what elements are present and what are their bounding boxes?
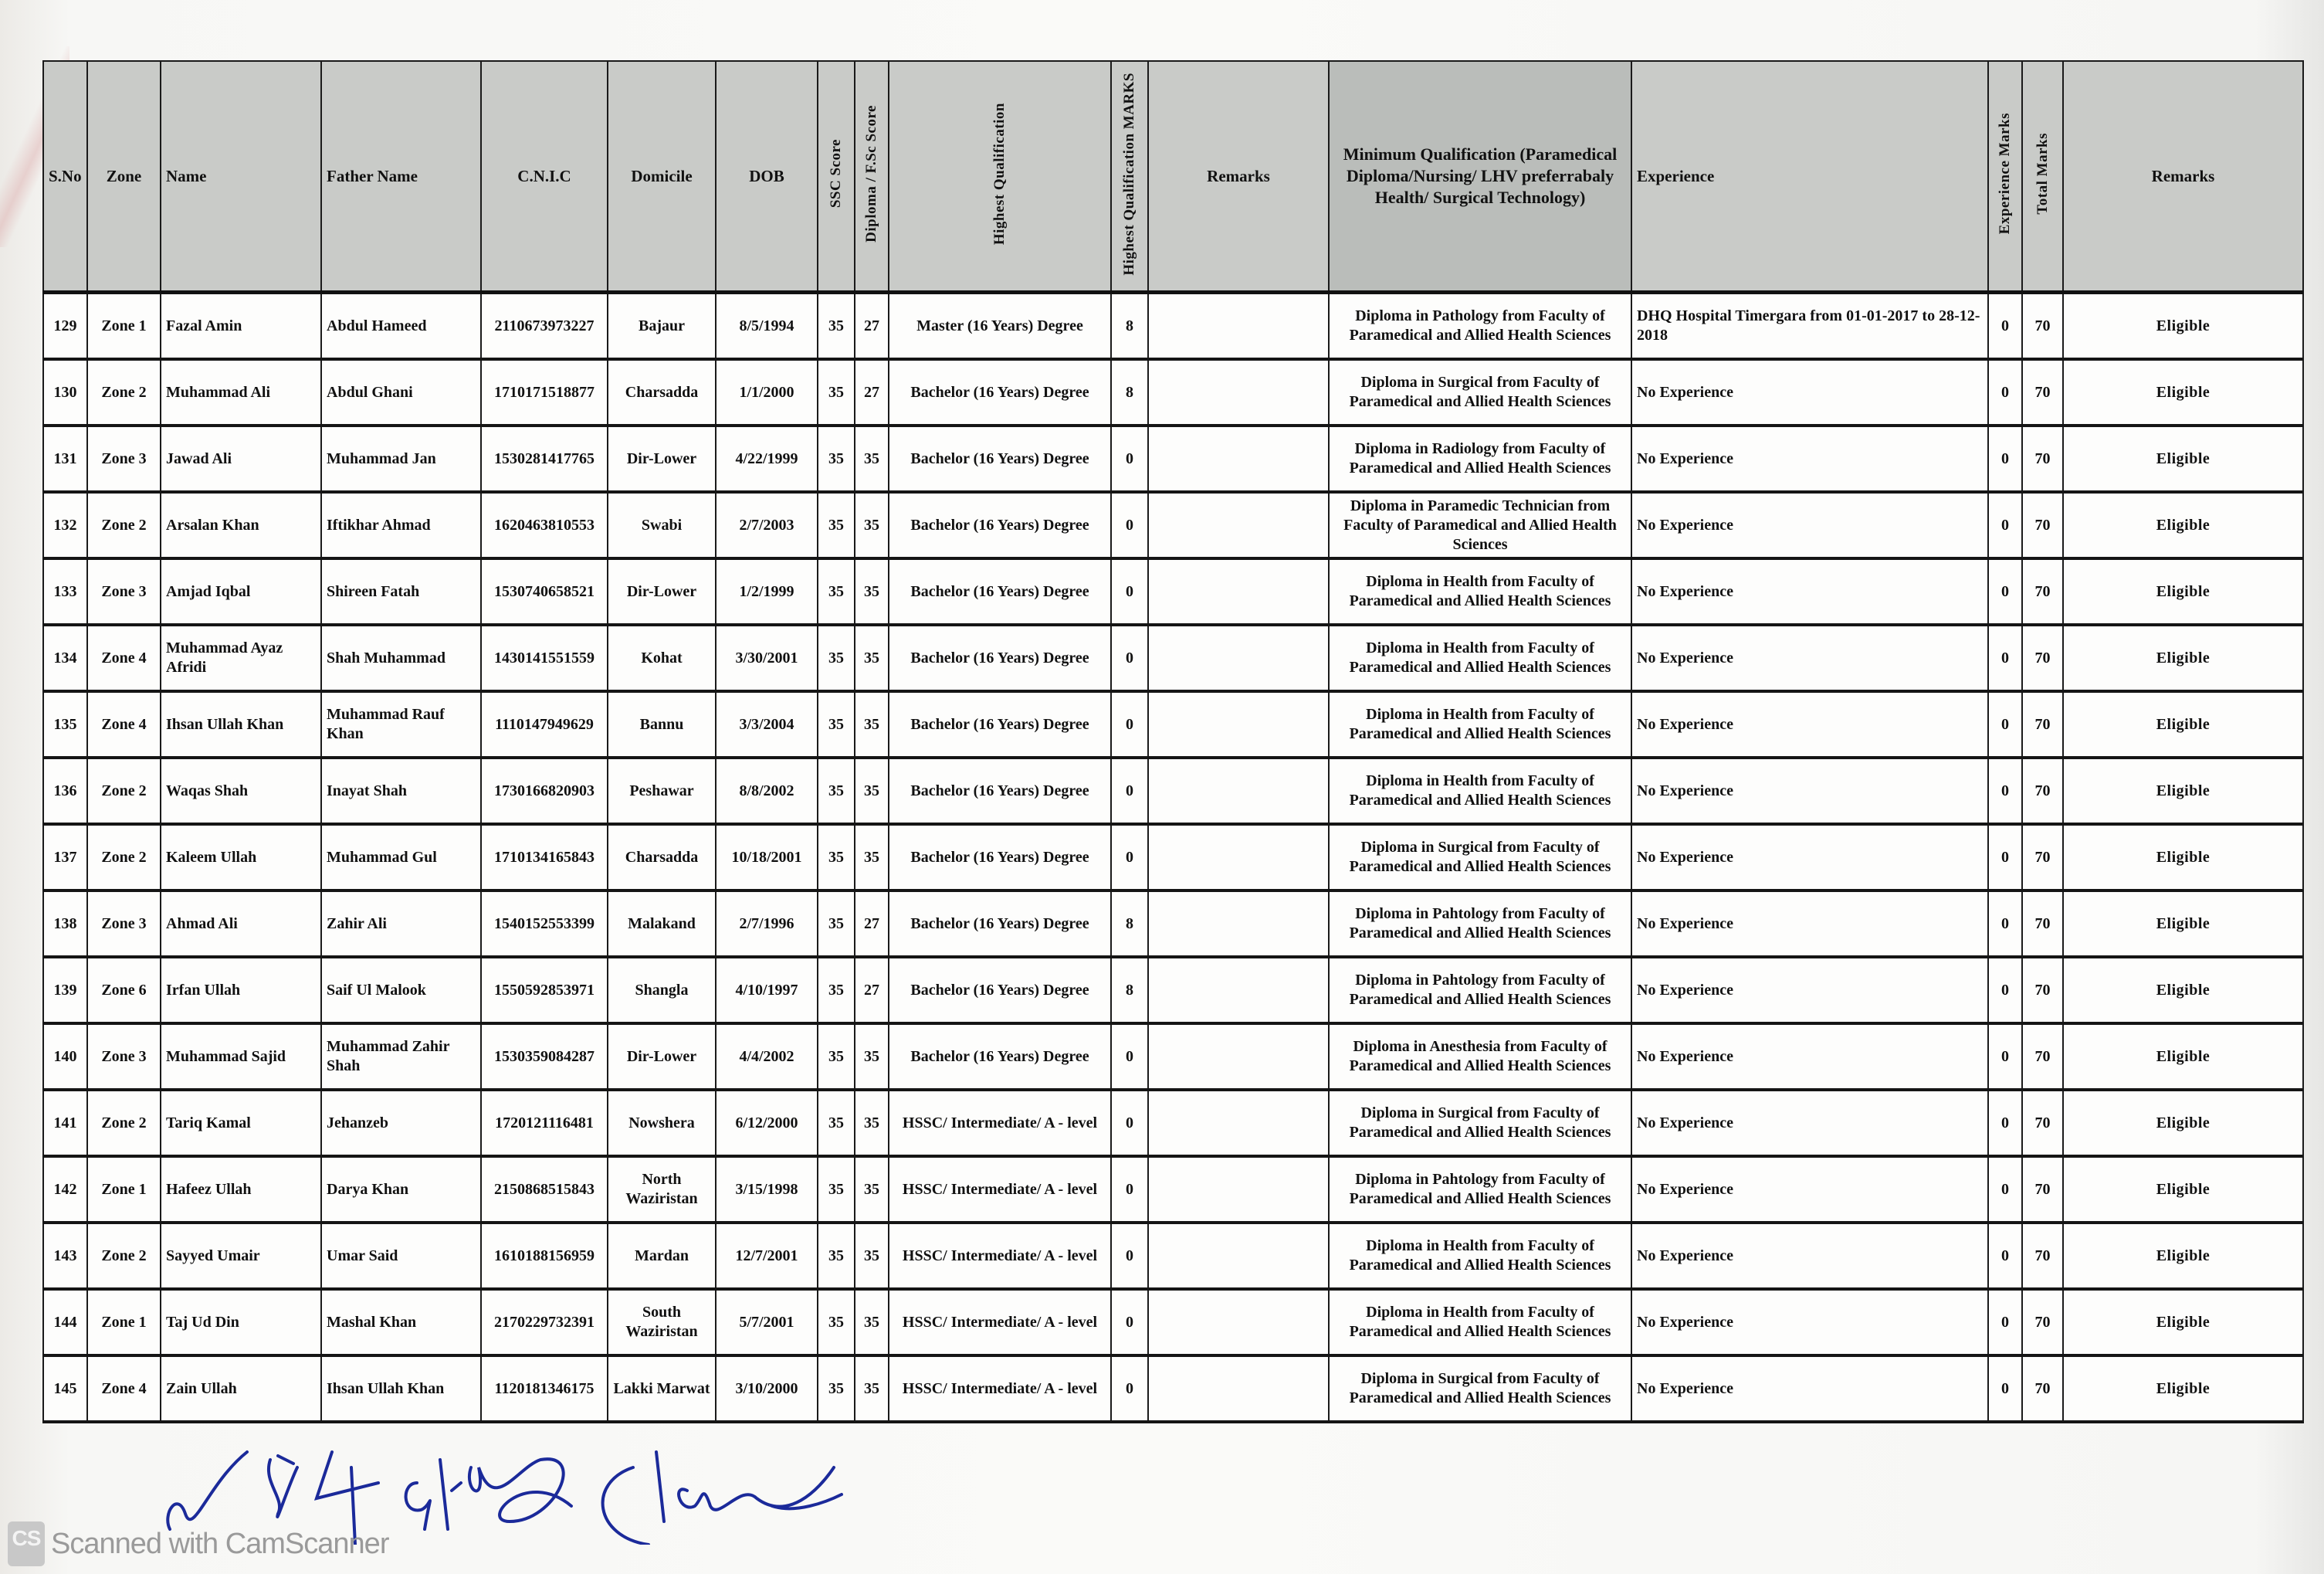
table-row: 129Zone 1Fazal AminAbdul Hameed211067397… bbox=[43, 293, 2303, 360]
cell-eligibility: Eligible bbox=[2063, 426, 2303, 492]
cell-name: Ahmad Ali bbox=[161, 890, 321, 957]
cell-eligibility: Eligible bbox=[2063, 691, 2303, 758]
cell-minimum-qualification: Diploma in Pahtology from Faculty of Par… bbox=[1329, 1156, 1631, 1223]
cell-remarks-1 bbox=[1148, 1156, 1329, 1223]
cell-name: Tariq Kamal bbox=[161, 1090, 321, 1156]
cell-experience: No Experience bbox=[1631, 492, 1988, 558]
cell-father-name: Abdul Hameed bbox=[321, 293, 481, 360]
cell-total-marks: 70 bbox=[2022, 1090, 2063, 1156]
cell-highest-qualification: Bachelor (16 Years) Degree bbox=[889, 426, 1111, 492]
cell-sno: 145 bbox=[43, 1355, 87, 1422]
cell-domicile: Shangla bbox=[608, 957, 716, 1023]
cell-remarks-1 bbox=[1148, 1289, 1329, 1355]
cell-ssc-score: 35 bbox=[818, 824, 855, 890]
cell-father-name: Ihsan Ullah Khan bbox=[321, 1355, 481, 1422]
cell-experience-marks: 0 bbox=[1988, 558, 2022, 625]
cell-experience-marks: 0 bbox=[1988, 758, 2022, 824]
cell-minimum-qualification: Diploma in Radiology from Faculty of Par… bbox=[1329, 426, 1631, 492]
cell-zone: Zone 3 bbox=[87, 1023, 161, 1090]
cell-father-name: Shireen Fatah bbox=[321, 558, 481, 625]
cell-experience-marks: 0 bbox=[1988, 1090, 2022, 1156]
cell-total-marks: 70 bbox=[2022, 1355, 2063, 1422]
cell-total-marks: 70 bbox=[2022, 293, 2063, 360]
cell-domicile: Nowshera bbox=[608, 1090, 716, 1156]
cell-experience: No Experience bbox=[1631, 1223, 1988, 1289]
cell-domicile: Peshawar bbox=[608, 758, 716, 824]
cell-zone: Zone 2 bbox=[87, 824, 161, 890]
cell-domicile: Dir-Lower bbox=[608, 426, 716, 492]
col-header-minimum-qualification: Minimum Qualification (Paramedical Diplo… bbox=[1329, 61, 1631, 293]
cell-name: Fazal Amin bbox=[161, 293, 321, 360]
cell-diploma-fsc-score: 35 bbox=[855, 1289, 889, 1355]
cell-cnic: 1720121116481 bbox=[481, 1090, 608, 1156]
cell-experience-marks: 0 bbox=[1988, 1289, 2022, 1355]
cell-minimum-qualification: Diploma in Health from Faculty of Parame… bbox=[1329, 558, 1631, 625]
cell-father-name: Mashal Khan bbox=[321, 1289, 481, 1355]
ssc-score-label: SSC Score bbox=[828, 139, 845, 208]
signature-5 bbox=[603, 1452, 842, 1545]
cell-father-name: Inayat Shah bbox=[321, 758, 481, 824]
cell-eligibility: Eligible bbox=[2063, 293, 2303, 360]
cell-remarks-1 bbox=[1148, 625, 1329, 691]
col-header-father-name: Father Name bbox=[321, 61, 481, 293]
camscanner-logo-icon: CS bbox=[8, 1521, 45, 1566]
cell-eligibility: Eligible bbox=[2063, 1289, 2303, 1355]
cell-total-marks: 70 bbox=[2022, 1156, 2063, 1223]
cell-ssc-score: 35 bbox=[818, 293, 855, 360]
cell-cnic: 1110147949629 bbox=[481, 691, 608, 758]
cell-ssc-score: 35 bbox=[818, 625, 855, 691]
cell-eligibility: Eligible bbox=[2063, 1090, 2303, 1156]
cell-sno: 133 bbox=[43, 558, 87, 625]
table-row: 135Zone 4Ihsan Ullah KhanMuhammad Rauf K… bbox=[43, 691, 2303, 758]
total-marks-label: Total Marks bbox=[2034, 133, 2051, 215]
cell-cnic: 1120181346175 bbox=[481, 1355, 608, 1422]
cell-remarks-1 bbox=[1148, 890, 1329, 957]
cell-dob: 3/10/2000 bbox=[716, 1355, 818, 1422]
cell-zone: Zone 4 bbox=[87, 691, 161, 758]
cell-cnic: 1530740658521 bbox=[481, 558, 608, 625]
col-header-domicile: Domicile bbox=[608, 61, 716, 293]
cell-dob: 3/30/2001 bbox=[716, 625, 818, 691]
cell-name: Irfan Ullah bbox=[161, 957, 321, 1023]
cell-experience: No Experience bbox=[1631, 1289, 1988, 1355]
cell-name: Muhammad Ayaz Afridi bbox=[161, 625, 321, 691]
cell-minimum-qualification: Diploma in Health from Faculty of Parame… bbox=[1329, 1223, 1631, 1289]
cell-experience: No Experience bbox=[1631, 1355, 1988, 1422]
cell-name: Waqas Shah bbox=[161, 758, 321, 824]
cell-father-name: Muhammad Gul bbox=[321, 824, 481, 890]
cell-experience: No Experience bbox=[1631, 890, 1988, 957]
cell-domicile: Charsadda bbox=[608, 359, 716, 426]
cell-minimum-qualification: Diploma in Health from Faculty of Parame… bbox=[1329, 758, 1631, 824]
cell-cnic: 1430141551559 bbox=[481, 625, 608, 691]
cell-domicile: Lakki Marwat bbox=[608, 1355, 716, 1422]
cell-sno: 129 bbox=[43, 293, 87, 360]
cell-highest-qualification: Bachelor (16 Years) Degree bbox=[889, 691, 1111, 758]
cell-minimum-qualification: Diploma in Anesthesia from Faculty of Pa… bbox=[1329, 1023, 1631, 1090]
cell-zone: Zone 3 bbox=[87, 890, 161, 957]
cell-experience-marks: 0 bbox=[1988, 1156, 2022, 1223]
cell-father-name: Abdul Ghani bbox=[321, 359, 481, 426]
cell-domicile: Kohat bbox=[608, 625, 716, 691]
cell-hq-marks: 0 bbox=[1111, 691, 1148, 758]
cell-experience: No Experience bbox=[1631, 625, 1988, 691]
cell-highest-qualification: Bachelor (16 Years) Degree bbox=[889, 625, 1111, 691]
cell-hq-marks: 8 bbox=[1111, 957, 1148, 1023]
table-row: 143Zone 2Sayyed UmairUmar Said1610188156… bbox=[43, 1223, 2303, 1289]
col-header-sno: S.No bbox=[43, 61, 87, 293]
cell-minimum-qualification: Diploma in Paramedic Technician from Fac… bbox=[1329, 492, 1631, 558]
cell-sno: 131 bbox=[43, 426, 87, 492]
cell-dob: 3/15/1998 bbox=[716, 1156, 818, 1223]
cell-hq-marks: 0 bbox=[1111, 492, 1148, 558]
cell-dob: 2/7/1996 bbox=[716, 890, 818, 957]
cell-total-marks: 70 bbox=[2022, 558, 2063, 625]
cell-name: Ihsan Ullah Khan bbox=[161, 691, 321, 758]
cell-sno: 137 bbox=[43, 824, 87, 890]
cell-ssc-score: 35 bbox=[818, 957, 855, 1023]
cell-experience: No Experience bbox=[1631, 1023, 1988, 1090]
cell-cnic: 2110673973227 bbox=[481, 293, 608, 360]
cell-father-name: Muhammad Jan bbox=[321, 426, 481, 492]
cell-name: Amjad Iqbal bbox=[161, 558, 321, 625]
cell-hq-marks: 0 bbox=[1111, 758, 1148, 824]
cell-cnic: 1620463810553 bbox=[481, 492, 608, 558]
cell-diploma-fsc-score: 35 bbox=[855, 625, 889, 691]
cell-hq-marks: 0 bbox=[1111, 558, 1148, 625]
table-row: 140Zone 3Muhammad SajidMuhammad Zahir Sh… bbox=[43, 1023, 2303, 1090]
cell-father-name: Iftikhar Ahmad bbox=[321, 492, 481, 558]
camscanner-watermark: CS Scanned with CamScanner bbox=[8, 1521, 388, 1566]
col-header-total-marks: Total Marks bbox=[2022, 61, 2063, 293]
cell-experience-marks: 0 bbox=[1988, 890, 2022, 957]
cell-zone: Zone 2 bbox=[87, 1090, 161, 1156]
cell-total-marks: 70 bbox=[2022, 890, 2063, 957]
cell-sno: 142 bbox=[43, 1156, 87, 1223]
col-header-highest-qualification: Highest Qualification bbox=[889, 61, 1111, 293]
col-header-cnic: C.N.I.C bbox=[481, 61, 608, 293]
cell-zone: Zone 1 bbox=[87, 1289, 161, 1355]
col-header-zone: Zone bbox=[87, 61, 161, 293]
cell-diploma-fsc-score: 27 bbox=[855, 957, 889, 1023]
cell-dob: 1/2/1999 bbox=[716, 558, 818, 625]
cell-diploma-fsc-score: 35 bbox=[855, 1090, 889, 1156]
cell-eligibility: Eligible bbox=[2063, 824, 2303, 890]
cell-hq-marks: 0 bbox=[1111, 1023, 1148, 1090]
cell-diploma-fsc-score: 35 bbox=[855, 426, 889, 492]
cell-diploma-fsc-score: 35 bbox=[855, 1156, 889, 1223]
cell-experience: No Experience bbox=[1631, 1156, 1988, 1223]
cell-diploma-fsc-score: 35 bbox=[855, 1023, 889, 1090]
cell-zone: Zone 1 bbox=[87, 293, 161, 360]
signature-2 bbox=[269, 1456, 297, 1517]
cell-experience: DHQ Hospital Timergara from 01-01-2017 t… bbox=[1631, 293, 1988, 360]
cell-remarks-1 bbox=[1148, 492, 1329, 558]
cell-highest-qualification: HSSC/ Intermediate/ A - level bbox=[889, 1289, 1111, 1355]
table-row: 137Zone 2Kaleem UllahMuhammad Gul1710134… bbox=[43, 824, 2303, 890]
cell-minimum-qualification: Diploma in Pathology from Faculty of Par… bbox=[1329, 293, 1631, 360]
cell-experience: No Experience bbox=[1631, 426, 1988, 492]
cell-remarks-1 bbox=[1148, 426, 1329, 492]
cell-dob: 3/3/2004 bbox=[716, 691, 818, 758]
cell-name: Muhammad Ali bbox=[161, 359, 321, 426]
cell-name: Kaleem Ullah bbox=[161, 824, 321, 890]
cell-sno: 130 bbox=[43, 359, 87, 426]
cell-father-name: Jehanzeb bbox=[321, 1090, 481, 1156]
col-header-diploma-fsc-score: Diploma / F.Sc Score bbox=[855, 61, 889, 293]
cell-dob: 6/12/2000 bbox=[716, 1090, 818, 1156]
cell-name: Jawad Ali bbox=[161, 426, 321, 492]
cell-experience-marks: 0 bbox=[1988, 1223, 2022, 1289]
cell-hq-marks: 0 bbox=[1111, 824, 1148, 890]
cell-dob: 8/8/2002 bbox=[716, 758, 818, 824]
signature-4 bbox=[406, 1459, 571, 1529]
hq-marks-label: Highest Qualification MARKS bbox=[1121, 73, 1138, 276]
cell-hq-marks: 0 bbox=[1111, 1090, 1148, 1156]
cell-sno: 135 bbox=[43, 691, 87, 758]
cell-zone: Zone 3 bbox=[87, 426, 161, 492]
cell-total-marks: 70 bbox=[2022, 691, 2063, 758]
cell-remarks-1 bbox=[1148, 1023, 1329, 1090]
cell-total-marks: 70 bbox=[2022, 492, 2063, 558]
cell-experience-marks: 0 bbox=[1988, 359, 2022, 426]
cell-total-marks: 70 bbox=[2022, 1023, 2063, 1090]
table-row: 138Zone 3Ahmad AliZahir Ali1540152553399… bbox=[43, 890, 2303, 957]
cell-zone: Zone 2 bbox=[87, 359, 161, 426]
cell-highest-qualification: Bachelor (16 Years) Degree bbox=[889, 890, 1111, 957]
cell-sno: 136 bbox=[43, 758, 87, 824]
table-row: 141Zone 2Tariq KamalJehanzeb172012111648… bbox=[43, 1090, 2303, 1156]
cell-highest-qualification: HSSC/ Intermediate/ A - level bbox=[889, 1223, 1111, 1289]
cell-cnic: 1550592853971 bbox=[481, 957, 608, 1023]
cell-hq-marks: 0 bbox=[1111, 1289, 1148, 1355]
cell-cnic: 1710134165843 bbox=[481, 824, 608, 890]
cell-cnic: 1710171518877 bbox=[481, 359, 608, 426]
cell-highest-qualification: Bachelor (16 Years) Degree bbox=[889, 359, 1111, 426]
col-header-name: Name bbox=[161, 61, 321, 293]
highest-qualification-label: Highest Qualification bbox=[991, 103, 1008, 245]
cell-ssc-score: 35 bbox=[818, 492, 855, 558]
cell-total-marks: 70 bbox=[2022, 359, 2063, 426]
cell-experience-marks: 0 bbox=[1988, 691, 2022, 758]
cell-remarks-1 bbox=[1148, 1090, 1329, 1156]
cell-sno: 141 bbox=[43, 1090, 87, 1156]
cell-experience: No Experience bbox=[1631, 1090, 1988, 1156]
cell-highest-qualification: Master (16 Years) Degree bbox=[889, 293, 1111, 360]
col-header-experience-marks: Experience Marks bbox=[1988, 61, 2022, 293]
cell-father-name: Muhammad Rauf Khan bbox=[321, 691, 481, 758]
cell-highest-qualification: HSSC/ Intermediate/ A - level bbox=[889, 1156, 1111, 1223]
cell-highest-qualification: Bachelor (16 Years) Degree bbox=[889, 492, 1111, 558]
cell-experience-marks: 0 bbox=[1988, 625, 2022, 691]
cell-eligibility: Eligible bbox=[2063, 625, 2303, 691]
table-row: 133Zone 3Amjad IqbalShireen Fatah1530740… bbox=[43, 558, 2303, 625]
cell-name: Taj Ud Din bbox=[161, 1289, 321, 1355]
cell-experience: No Experience bbox=[1631, 758, 1988, 824]
table-row: 142Zone 1Hafeez UllahDarya Khan215086851… bbox=[43, 1156, 2303, 1223]
cell-experience-marks: 0 bbox=[1988, 1023, 2022, 1090]
cell-domicile: Charsadda bbox=[608, 824, 716, 890]
cell-experience-marks: 0 bbox=[1988, 492, 2022, 558]
cell-eligibility: Eligible bbox=[2063, 1355, 2303, 1422]
cell-name: Sayyed Umair bbox=[161, 1223, 321, 1289]
col-header-hq-marks: Highest Qualification MARKS bbox=[1111, 61, 1148, 293]
col-header-experience: Experience bbox=[1631, 61, 1988, 293]
cell-cnic: 1530281417765 bbox=[481, 426, 608, 492]
cell-father-name: Umar Said bbox=[321, 1223, 481, 1289]
cell-zone: Zone 2 bbox=[87, 1223, 161, 1289]
cell-experience-marks: 0 bbox=[1988, 824, 2022, 890]
cell-hq-marks: 8 bbox=[1111, 890, 1148, 957]
cell-zone: Zone 4 bbox=[87, 1355, 161, 1422]
header-row: S.No Zone Name Father Name C.N.I.C Domic… bbox=[43, 61, 2303, 293]
cell-eligibility: Eligible bbox=[2063, 492, 2303, 558]
table-row: 132Zone 2Arsalan KhanIftikhar Ahmad16204… bbox=[43, 492, 2303, 558]
cell-eligibility: Eligible bbox=[2063, 359, 2303, 426]
cell-ssc-score: 35 bbox=[818, 1023, 855, 1090]
col-header-remarks-1: Remarks bbox=[1148, 61, 1329, 293]
cell-total-marks: 70 bbox=[2022, 824, 2063, 890]
cell-dob: 8/5/1994 bbox=[716, 293, 818, 360]
cell-experience-marks: 0 bbox=[1988, 1355, 2022, 1422]
cell-remarks-1 bbox=[1148, 824, 1329, 890]
cell-sno: 138 bbox=[43, 890, 87, 957]
cell-cnic: 2150868515843 bbox=[481, 1156, 608, 1223]
cell-remarks-1 bbox=[1148, 957, 1329, 1023]
cell-father-name: Muhammad Zahir Shah bbox=[321, 1023, 481, 1090]
cell-cnic: 1530359084287 bbox=[481, 1023, 608, 1090]
cell-dob: 4/10/1997 bbox=[716, 957, 818, 1023]
table-row: 139Zone 6Irfan UllahSaif Ul Malook155059… bbox=[43, 957, 2303, 1023]
cell-eligibility: Eligible bbox=[2063, 1156, 2303, 1223]
cell-hq-marks: 8 bbox=[1111, 359, 1148, 426]
cell-ssc-score: 35 bbox=[818, 359, 855, 426]
cell-diploma-fsc-score: 35 bbox=[855, 492, 889, 558]
cell-father-name: Zahir Ali bbox=[321, 890, 481, 957]
cell-name: Hafeez Ullah bbox=[161, 1156, 321, 1223]
cell-eligibility: Eligible bbox=[2063, 1223, 2303, 1289]
cell-sno: 134 bbox=[43, 625, 87, 691]
cell-ssc-score: 35 bbox=[818, 558, 855, 625]
cell-experience-marks: 0 bbox=[1988, 293, 2022, 360]
cell-zone: Zone 3 bbox=[87, 558, 161, 625]
cell-minimum-qualification: Diploma in Surgical from Faculty of Para… bbox=[1329, 824, 1631, 890]
cell-experience: No Experience bbox=[1631, 957, 1988, 1023]
candidate-table: S.No Zone Name Father Name C.N.I.C Domic… bbox=[42, 60, 2304, 1423]
table-body: 129Zone 1Fazal AminAbdul Hameed211067397… bbox=[43, 293, 2303, 1423]
cell-experience: No Experience bbox=[1631, 691, 1988, 758]
cell-dob: 1/1/2000 bbox=[716, 359, 818, 426]
cell-experience: No Experience bbox=[1631, 558, 1988, 625]
cell-hq-marks: 0 bbox=[1111, 625, 1148, 691]
cell-diploma-fsc-score: 35 bbox=[855, 1223, 889, 1289]
table-row: 134Zone 4Muhammad Ayaz AfridiShah Muhamm… bbox=[43, 625, 2303, 691]
cell-eligibility: Eligible bbox=[2063, 558, 2303, 625]
cell-sno: 140 bbox=[43, 1023, 87, 1090]
cell-remarks-1 bbox=[1148, 359, 1329, 426]
cell-diploma-fsc-score: 35 bbox=[855, 1355, 889, 1422]
cell-remarks-1 bbox=[1148, 758, 1329, 824]
table-row: 145Zone 4Zain UllahIhsan Ullah Khan11201… bbox=[43, 1355, 2303, 1422]
cell-highest-qualification: Bachelor (16 Years) Degree bbox=[889, 758, 1111, 824]
cell-domicile: Malakand bbox=[608, 890, 716, 957]
cell-dob: 4/22/1999 bbox=[716, 426, 818, 492]
cell-minimum-qualification: Diploma in Pahtology from Faculty of Par… bbox=[1329, 890, 1631, 957]
cell-ssc-score: 35 bbox=[818, 890, 855, 957]
cell-minimum-qualification: Diploma in Health from Faculty of Parame… bbox=[1329, 1289, 1631, 1355]
cell-sno: 132 bbox=[43, 492, 87, 558]
signature-1 bbox=[168, 1452, 247, 1529]
cell-remarks-1 bbox=[1148, 293, 1329, 360]
cell-eligibility: Eligible bbox=[2063, 890, 2303, 957]
cell-father-name: Shah Muhammad bbox=[321, 625, 481, 691]
cell-cnic: 1540152553399 bbox=[481, 890, 608, 957]
table-row: 144Zone 1Taj Ud DinMashal Khan2170229732… bbox=[43, 1289, 2303, 1355]
col-header-ssc-score: SSC Score bbox=[818, 61, 855, 293]
cell-domicile: Bajaur bbox=[608, 293, 716, 360]
cell-ssc-score: 35 bbox=[818, 1355, 855, 1422]
cell-zone: Zone 1 bbox=[87, 1156, 161, 1223]
cell-sno: 139 bbox=[43, 957, 87, 1023]
cell-dob: 2/7/2003 bbox=[716, 492, 818, 558]
cell-eligibility: Eligible bbox=[2063, 1023, 2303, 1090]
cell-remarks-1 bbox=[1148, 558, 1329, 625]
cell-eligibility: Eligible bbox=[2063, 957, 2303, 1023]
cell-dob: 10/18/2001 bbox=[716, 824, 818, 890]
cell-dob: 5/7/2001 bbox=[716, 1289, 818, 1355]
cell-domicile: South Waziristan bbox=[608, 1289, 716, 1355]
cell-dob: 4/4/2002 bbox=[716, 1023, 818, 1090]
cell-experience: No Experience bbox=[1631, 824, 1988, 890]
table-row: 131Zone 3Jawad AliMuhammad Jan1530281417… bbox=[43, 426, 2303, 492]
cell-minimum-qualification: Diploma in Health from Faculty of Parame… bbox=[1329, 625, 1631, 691]
col-header-remarks-2: Remarks bbox=[2063, 61, 2303, 293]
col-header-dob: DOB bbox=[716, 61, 818, 293]
cell-hq-marks: 0 bbox=[1111, 1223, 1148, 1289]
cell-diploma-fsc-score: 35 bbox=[855, 758, 889, 824]
cell-minimum-qualification: Diploma in Pahtology from Faculty of Par… bbox=[1329, 957, 1631, 1023]
cell-ssc-score: 35 bbox=[818, 1289, 855, 1355]
cell-father-name: Saif Ul Malook bbox=[321, 957, 481, 1023]
cell-cnic: 1730166820903 bbox=[481, 758, 608, 824]
cell-ssc-score: 35 bbox=[818, 1090, 855, 1156]
cell-ssc-score: 35 bbox=[818, 1156, 855, 1223]
cell-sno: 143 bbox=[43, 1223, 87, 1289]
cell-ssc-score: 35 bbox=[818, 426, 855, 492]
cell-cnic: 1610188156959 bbox=[481, 1223, 608, 1289]
cell-ssc-score: 35 bbox=[818, 691, 855, 758]
cell-diploma-fsc-score: 35 bbox=[855, 558, 889, 625]
cell-highest-qualification: Bachelor (16 Years) Degree bbox=[889, 957, 1111, 1023]
cell-experience-marks: 0 bbox=[1988, 426, 2022, 492]
cell-name: Arsalan Khan bbox=[161, 492, 321, 558]
cell-domicile: Dir-Lower bbox=[608, 558, 716, 625]
cell-diploma-fsc-score: 35 bbox=[855, 691, 889, 758]
cell-hq-marks: 0 bbox=[1111, 426, 1148, 492]
cell-name: Zain Ullah bbox=[161, 1355, 321, 1422]
cell-highest-qualification: HSSC/ Intermediate/ A - level bbox=[889, 1355, 1111, 1422]
cell-eligibility: Eligible bbox=[2063, 758, 2303, 824]
cell-experience-marks: 0 bbox=[1988, 957, 2022, 1023]
cell-zone: Zone 6 bbox=[87, 957, 161, 1023]
cell-minimum-qualification: Diploma in Surgical from Faculty of Para… bbox=[1329, 1090, 1631, 1156]
table-row: 136Zone 2Waqas ShahInayat Shah1730166820… bbox=[43, 758, 2303, 824]
cell-highest-qualification: HSSC/ Intermediate/ A - level bbox=[889, 1090, 1111, 1156]
cell-diploma-fsc-score: 27 bbox=[855, 359, 889, 426]
cell-hq-marks: 8 bbox=[1111, 293, 1148, 360]
cell-total-marks: 70 bbox=[2022, 1223, 2063, 1289]
